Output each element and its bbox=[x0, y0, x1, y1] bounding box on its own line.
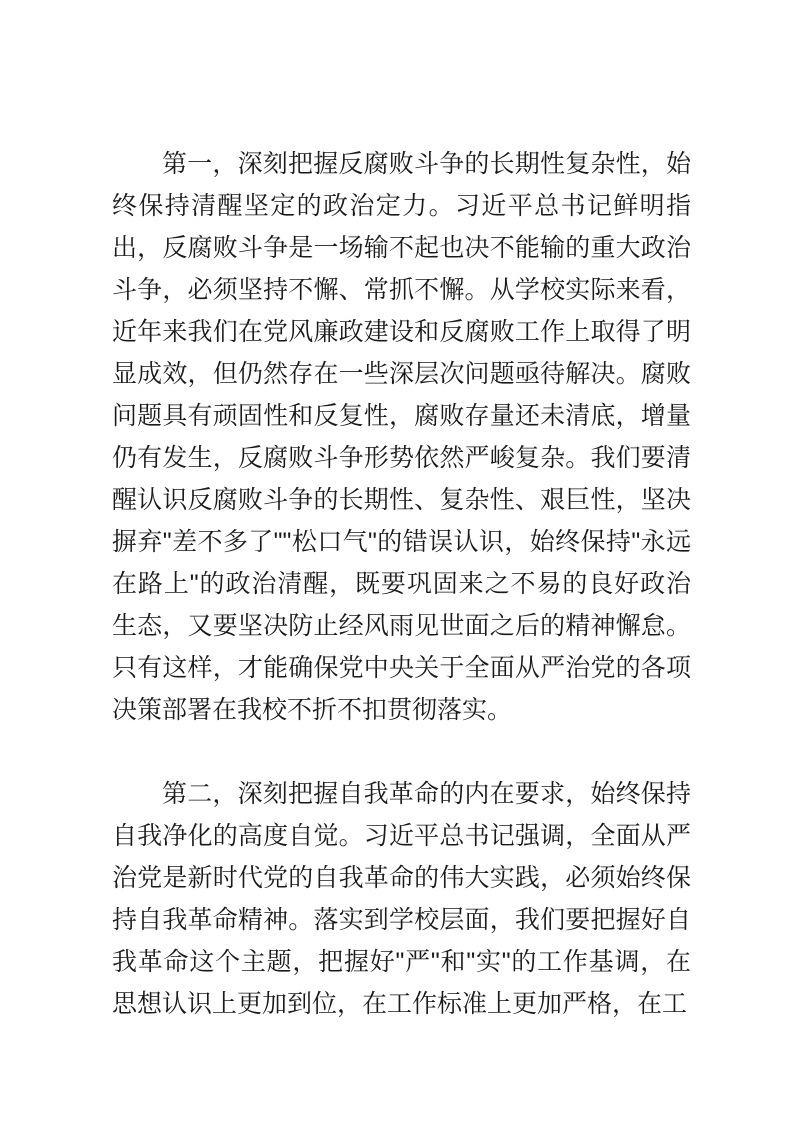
document-page: 第一，深刻把握反腐败斗争的长期性复杂性，始终保持清醒坚定的政治定力。习近平总书记… bbox=[0, 0, 793, 1122]
document-content: 第一，深刻把握反腐败斗争的长期性复杂性，始终保持清醒坚定的政治定力。习近平总书记… bbox=[112, 143, 691, 1025]
paragraph-second: 第二，深刻把握自我革命的内在要求，始终保持自我净化的高度自觉。习近平总书记强调，… bbox=[112, 773, 691, 1025]
paragraph-first: 第一，深刻把握反腐败斗争的长期性复杂性，始终保持清醒坚定的政治定力。习近平总书记… bbox=[112, 143, 691, 731]
